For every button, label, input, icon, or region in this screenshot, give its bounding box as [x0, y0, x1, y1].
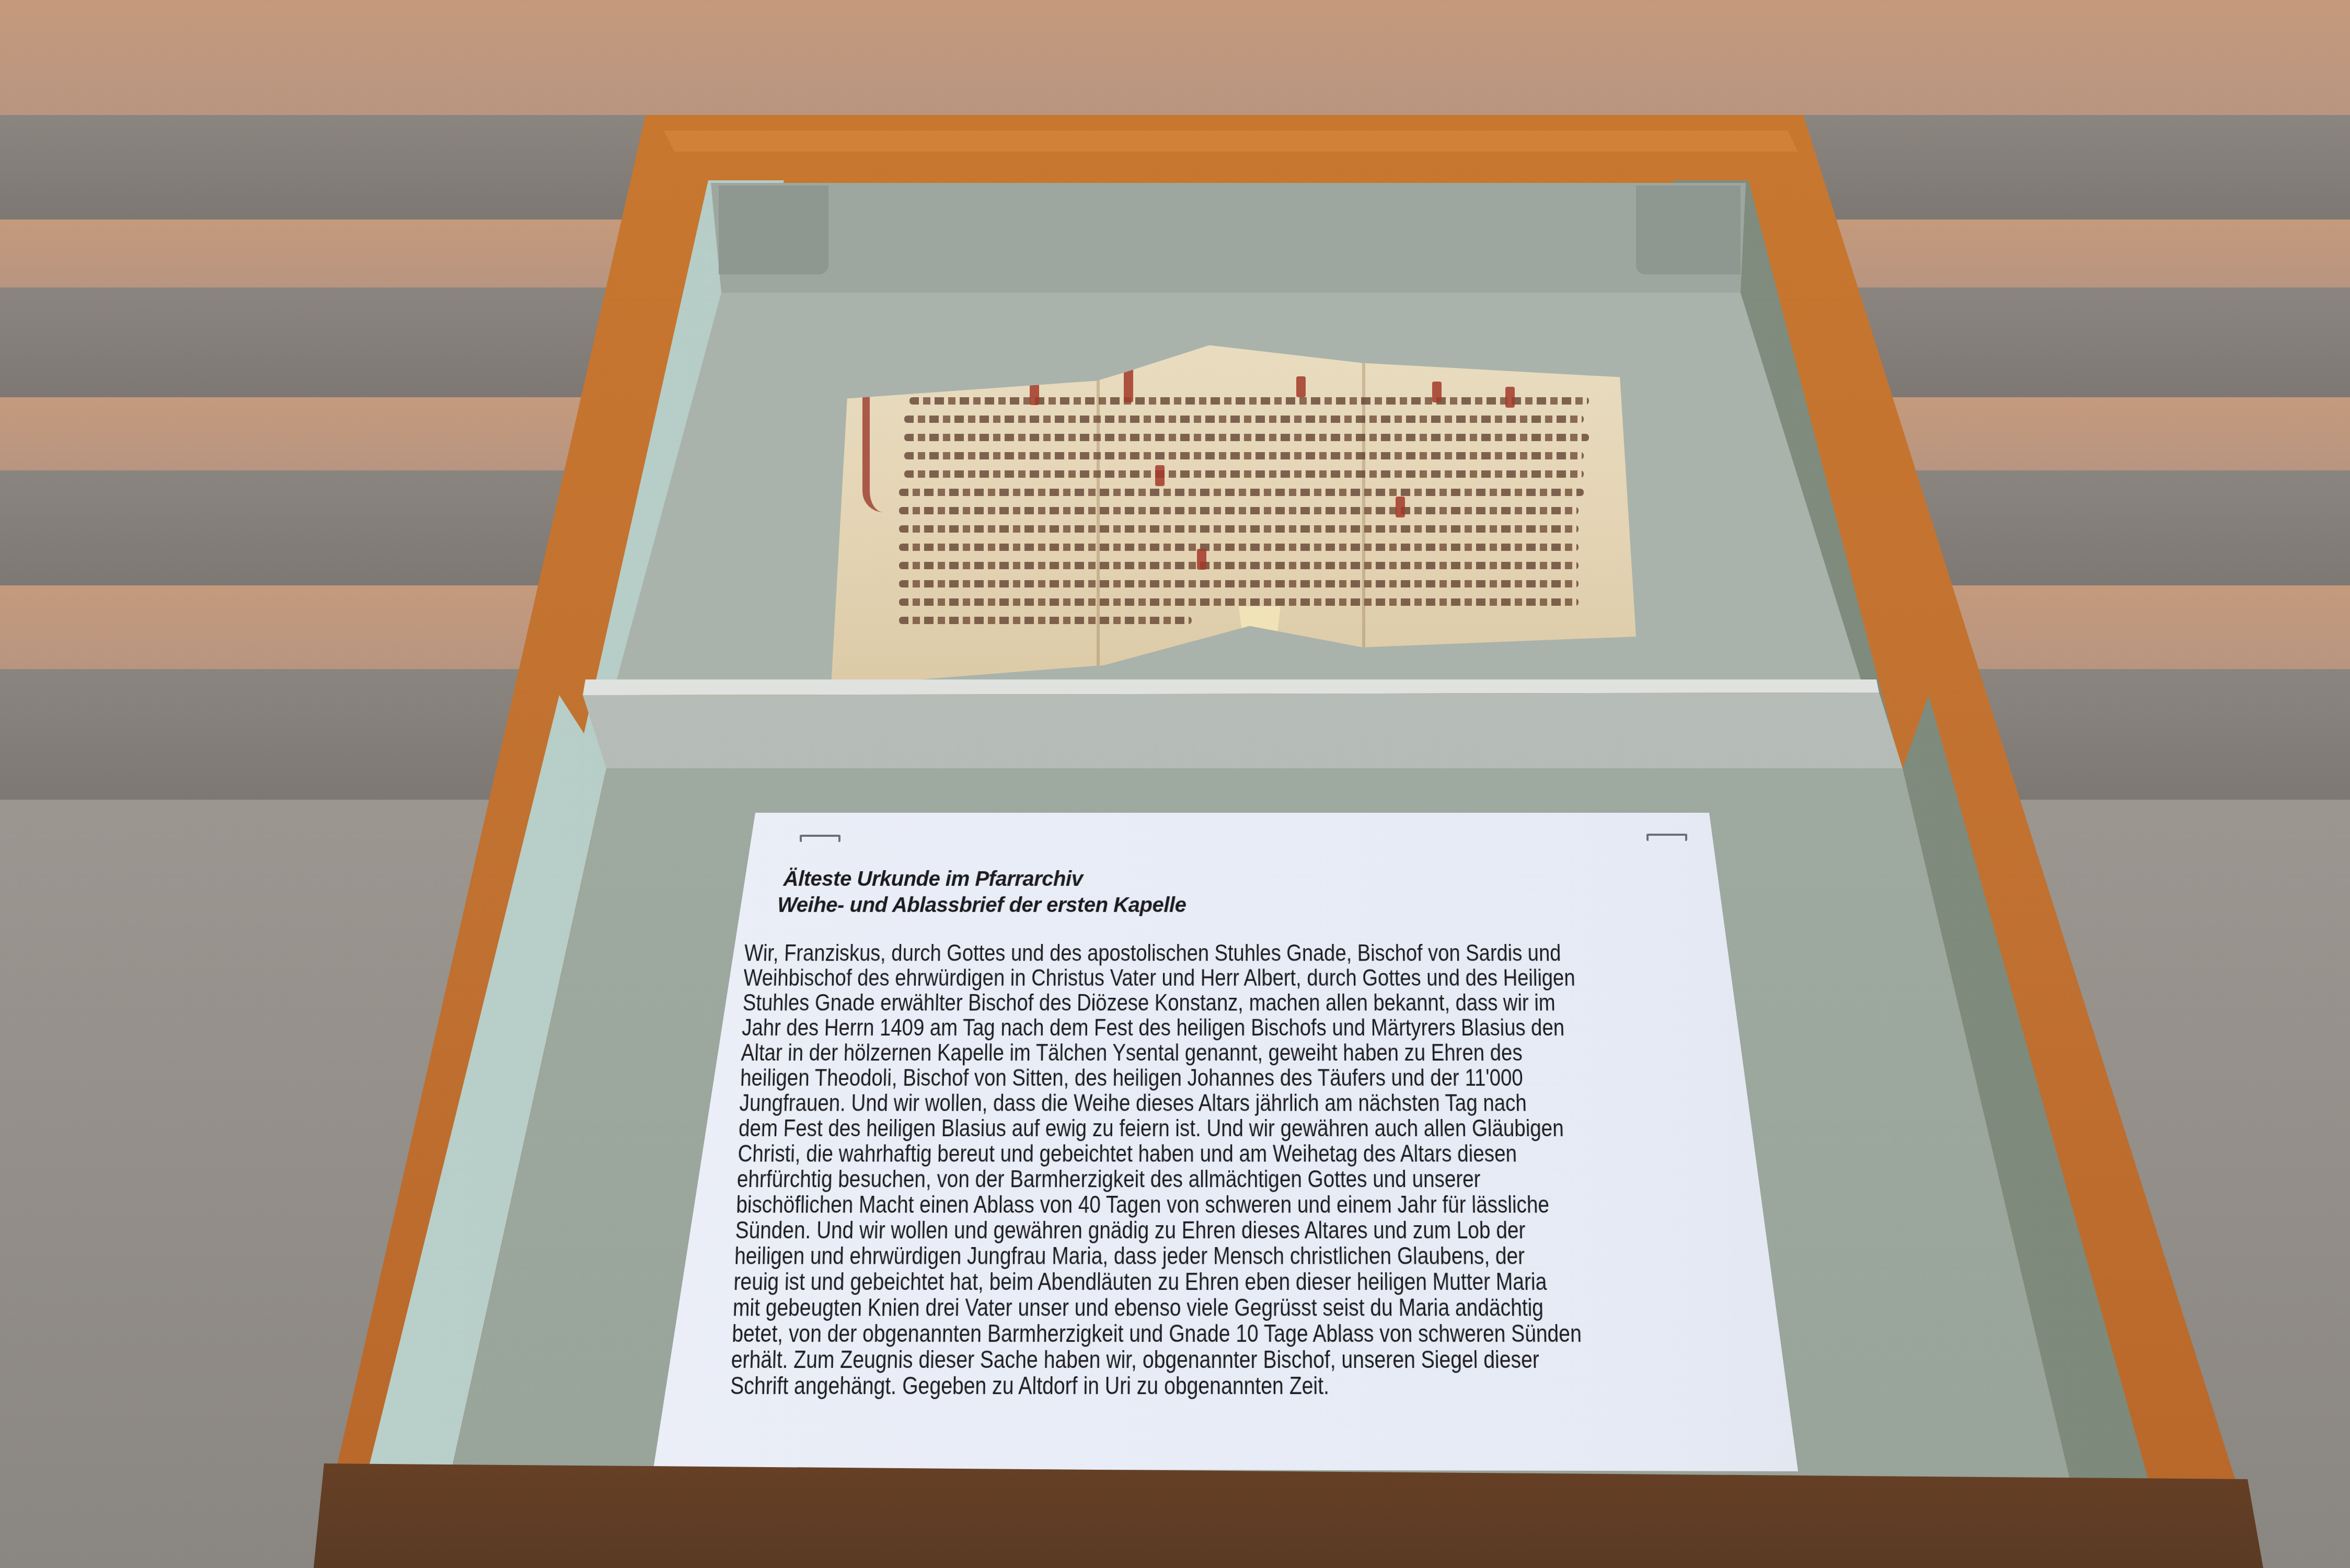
body-line: Stuhles Gnade erwählter Bischof des Diöz…: [742, 990, 1605, 1016]
rubric-mark: [1197, 549, 1206, 570]
script-line: [899, 580, 1579, 587]
body-line: heiligen Theodoli, Bischof von Sitten, d…: [740, 1065, 1608, 1090]
body-line: dem Fest des heiligen Blasius auf ewig z…: [738, 1116, 1608, 1141]
script-line: [899, 507, 1579, 514]
placard-subtitle: Weihe- und Ablassbrief der ersten Kapell…: [777, 894, 1186, 917]
body-line: Altar in der hölzernen Kapelle im Tälche…: [741, 1040, 1607, 1065]
script-line: [899, 617, 1192, 624]
staple-icon: [800, 835, 840, 842]
rubric-mark: [1155, 465, 1165, 486]
placard-body: Wir, Franziskus, durch Gottes und des ap…: [730, 941, 1759, 1399]
body-line: Christi, die wahrhaftig bereut und gebei…: [738, 1141, 1609, 1167]
script-line: [909, 397, 1589, 405]
body-line: reuig ist und gebeichtet hat, beim Abend…: [733, 1269, 1612, 1295]
body-line: Wir, Franziskus, durch Gottes und des ap…: [744, 941, 1604, 965]
script-line: [904, 470, 1584, 478]
script-line: [899, 544, 1579, 551]
body-line: Sünden. Und wir wollen und gewähren gnäd…: [735, 1218, 1611, 1243]
body-line: heiligen und ehrwürdigen Jungfrau Maria,…: [734, 1243, 1611, 1269]
script-line: [899, 562, 1579, 569]
body-line: ehrfürchtig besuchen, von der Barmherzig…: [736, 1167, 1610, 1192]
rubric-mark: [1296, 376, 1306, 397]
step-tread: [0, 0, 2350, 115]
body-line: bischöflichen Macht einen Ablass von 40 …: [736, 1192, 1610, 1218]
body-line: Weihbischof des ehrwürdigen in Christus …: [743, 965, 1605, 990]
script-line: [899, 525, 1579, 533]
script-line: [904, 416, 1584, 423]
staple-icon: [1646, 834, 1687, 841]
body-line: betet, von der obgenannten Barmherzigkei…: [732, 1321, 1614, 1347]
script-line: [904, 434, 1589, 441]
script-line: [899, 598, 1579, 606]
body-line: Schrift angehängt. Gegeben zu Altdorf in…: [730, 1373, 1615, 1399]
placard-title: Älteste Urkunde im Pfarrarchiv: [783, 868, 1083, 891]
corner-tab-left: [719, 186, 828, 274]
body-line: mit gebeugten Knien drei Vater unser und…: [732, 1295, 1613, 1321]
rubric-mark: [1505, 387, 1515, 408]
script-line: [899, 489, 1584, 496]
rubric-mark: [1396, 497, 1405, 517]
rubric-mark: [1432, 382, 1442, 402]
corner-tab-right: [1636, 186, 1741, 274]
body-line: Jahr des Herrn 1409 am Tag nach dem Fest…: [742, 1016, 1606, 1041]
placard-text: Älteste Urkunde im Pfarrarchiv Weihe- un…: [673, 857, 1788, 1463]
body-line: erhält. Zum Zeugnis dieser Sache haben w…: [731, 1347, 1614, 1373]
body-line: Jungfrauen. Und wir wollen, dass die Wei…: [739, 1090, 1608, 1115]
script-line: [904, 452, 1584, 459]
rubric-mark: [1030, 384, 1039, 405]
